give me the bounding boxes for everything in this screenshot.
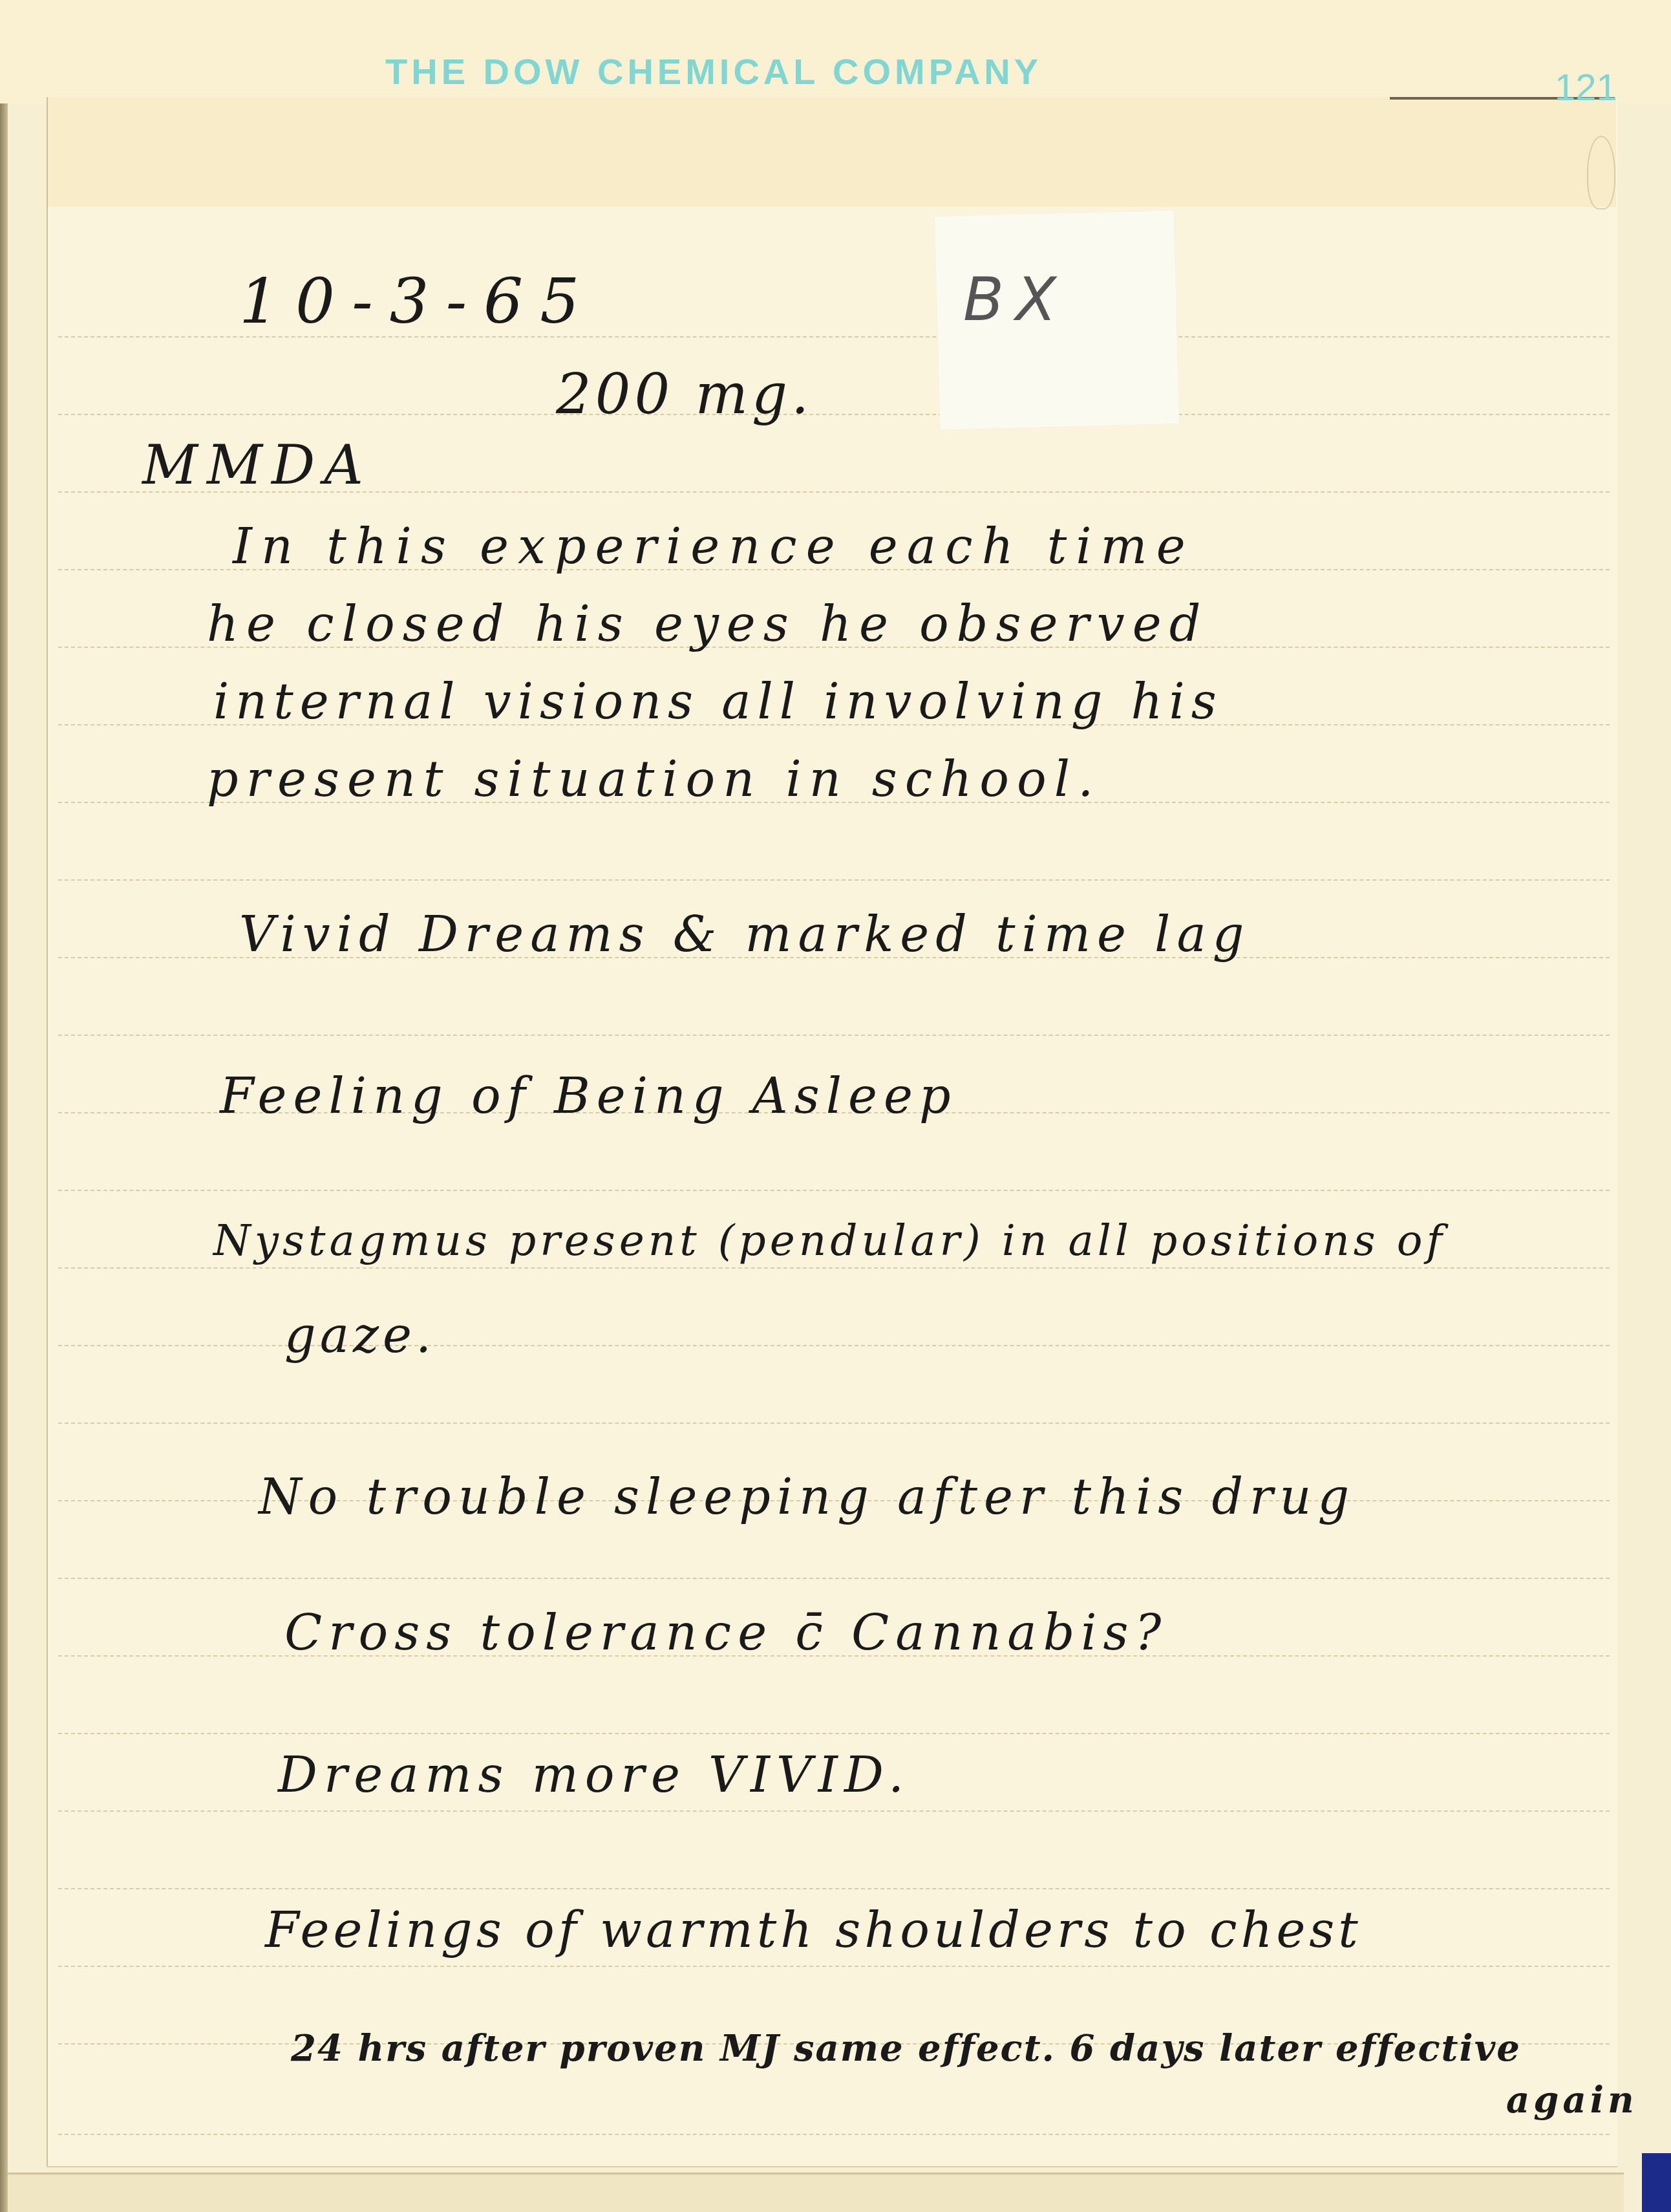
ruled-line (58, 1810, 1610, 1812)
binding-edge (0, 0, 8, 2212)
ruled-sheet (47, 97, 1617, 2166)
cover-edge (1642, 2153, 1671, 2212)
ruled-line (58, 1035, 1610, 1036)
entry-line: Vivid Dreams & marked time lag (239, 905, 1250, 963)
entry-line: again (1506, 2079, 1638, 2121)
sticky-note-label: BX (963, 265, 1068, 334)
company-header: THE DOW CHEMICAL COMPANY (385, 50, 1042, 92)
entry-line: 24 hrs after proven MJ same effect. 6 da… (291, 2027, 1521, 2070)
ruled-line (58, 414, 1610, 415)
ruled-line (58, 1578, 1610, 1579)
entry-line: Dreams more VIVID. (278, 1746, 910, 1803)
entry-line: Nystagmus present (pendular) in all posi… (213, 1216, 1446, 1265)
page-number: 121 (1555, 66, 1617, 109)
ruled-line (58, 1888, 1610, 1889)
entry-substance: MMDA (142, 433, 372, 497)
ruled-line (58, 1190, 1610, 1191)
entry-line: Cross tolerance c̄ Cannabis? (284, 1604, 1167, 1661)
sheet-top-tint (47, 97, 1616, 207)
entry-line: he closed his eyes he observed (207, 595, 1208, 652)
entry-line: In this experience each time (233, 517, 1195, 575)
entry-line: present situation in school. (207, 750, 1101, 808)
ruled-line (58, 2134, 1610, 2135)
entry-date: 10-3-65 (239, 265, 596, 338)
page-bottom-edge (8, 2173, 1624, 2212)
ruled-line (58, 1423, 1610, 1424)
entry-line: Feelings of warmth shoulders to chest (265, 1901, 1362, 1959)
ruled-line (58, 879, 1610, 881)
ruled-line (58, 1966, 1610, 1967)
ruled-line (58, 1733, 1610, 1734)
entry-line: Feeling of Being Asleep (220, 1067, 957, 1124)
entry-line: No trouble sleeping after this drug (259, 1468, 1356, 1525)
entry-line: internal visions all involving his (213, 672, 1223, 730)
entry-line: gaze. (284, 1306, 435, 1364)
corner-doodle-icon (1587, 136, 1615, 209)
entry-dose: 200 mg. (556, 362, 813, 427)
ruled-line (58, 1267, 1610, 1269)
margin-line (47, 97, 48, 2166)
